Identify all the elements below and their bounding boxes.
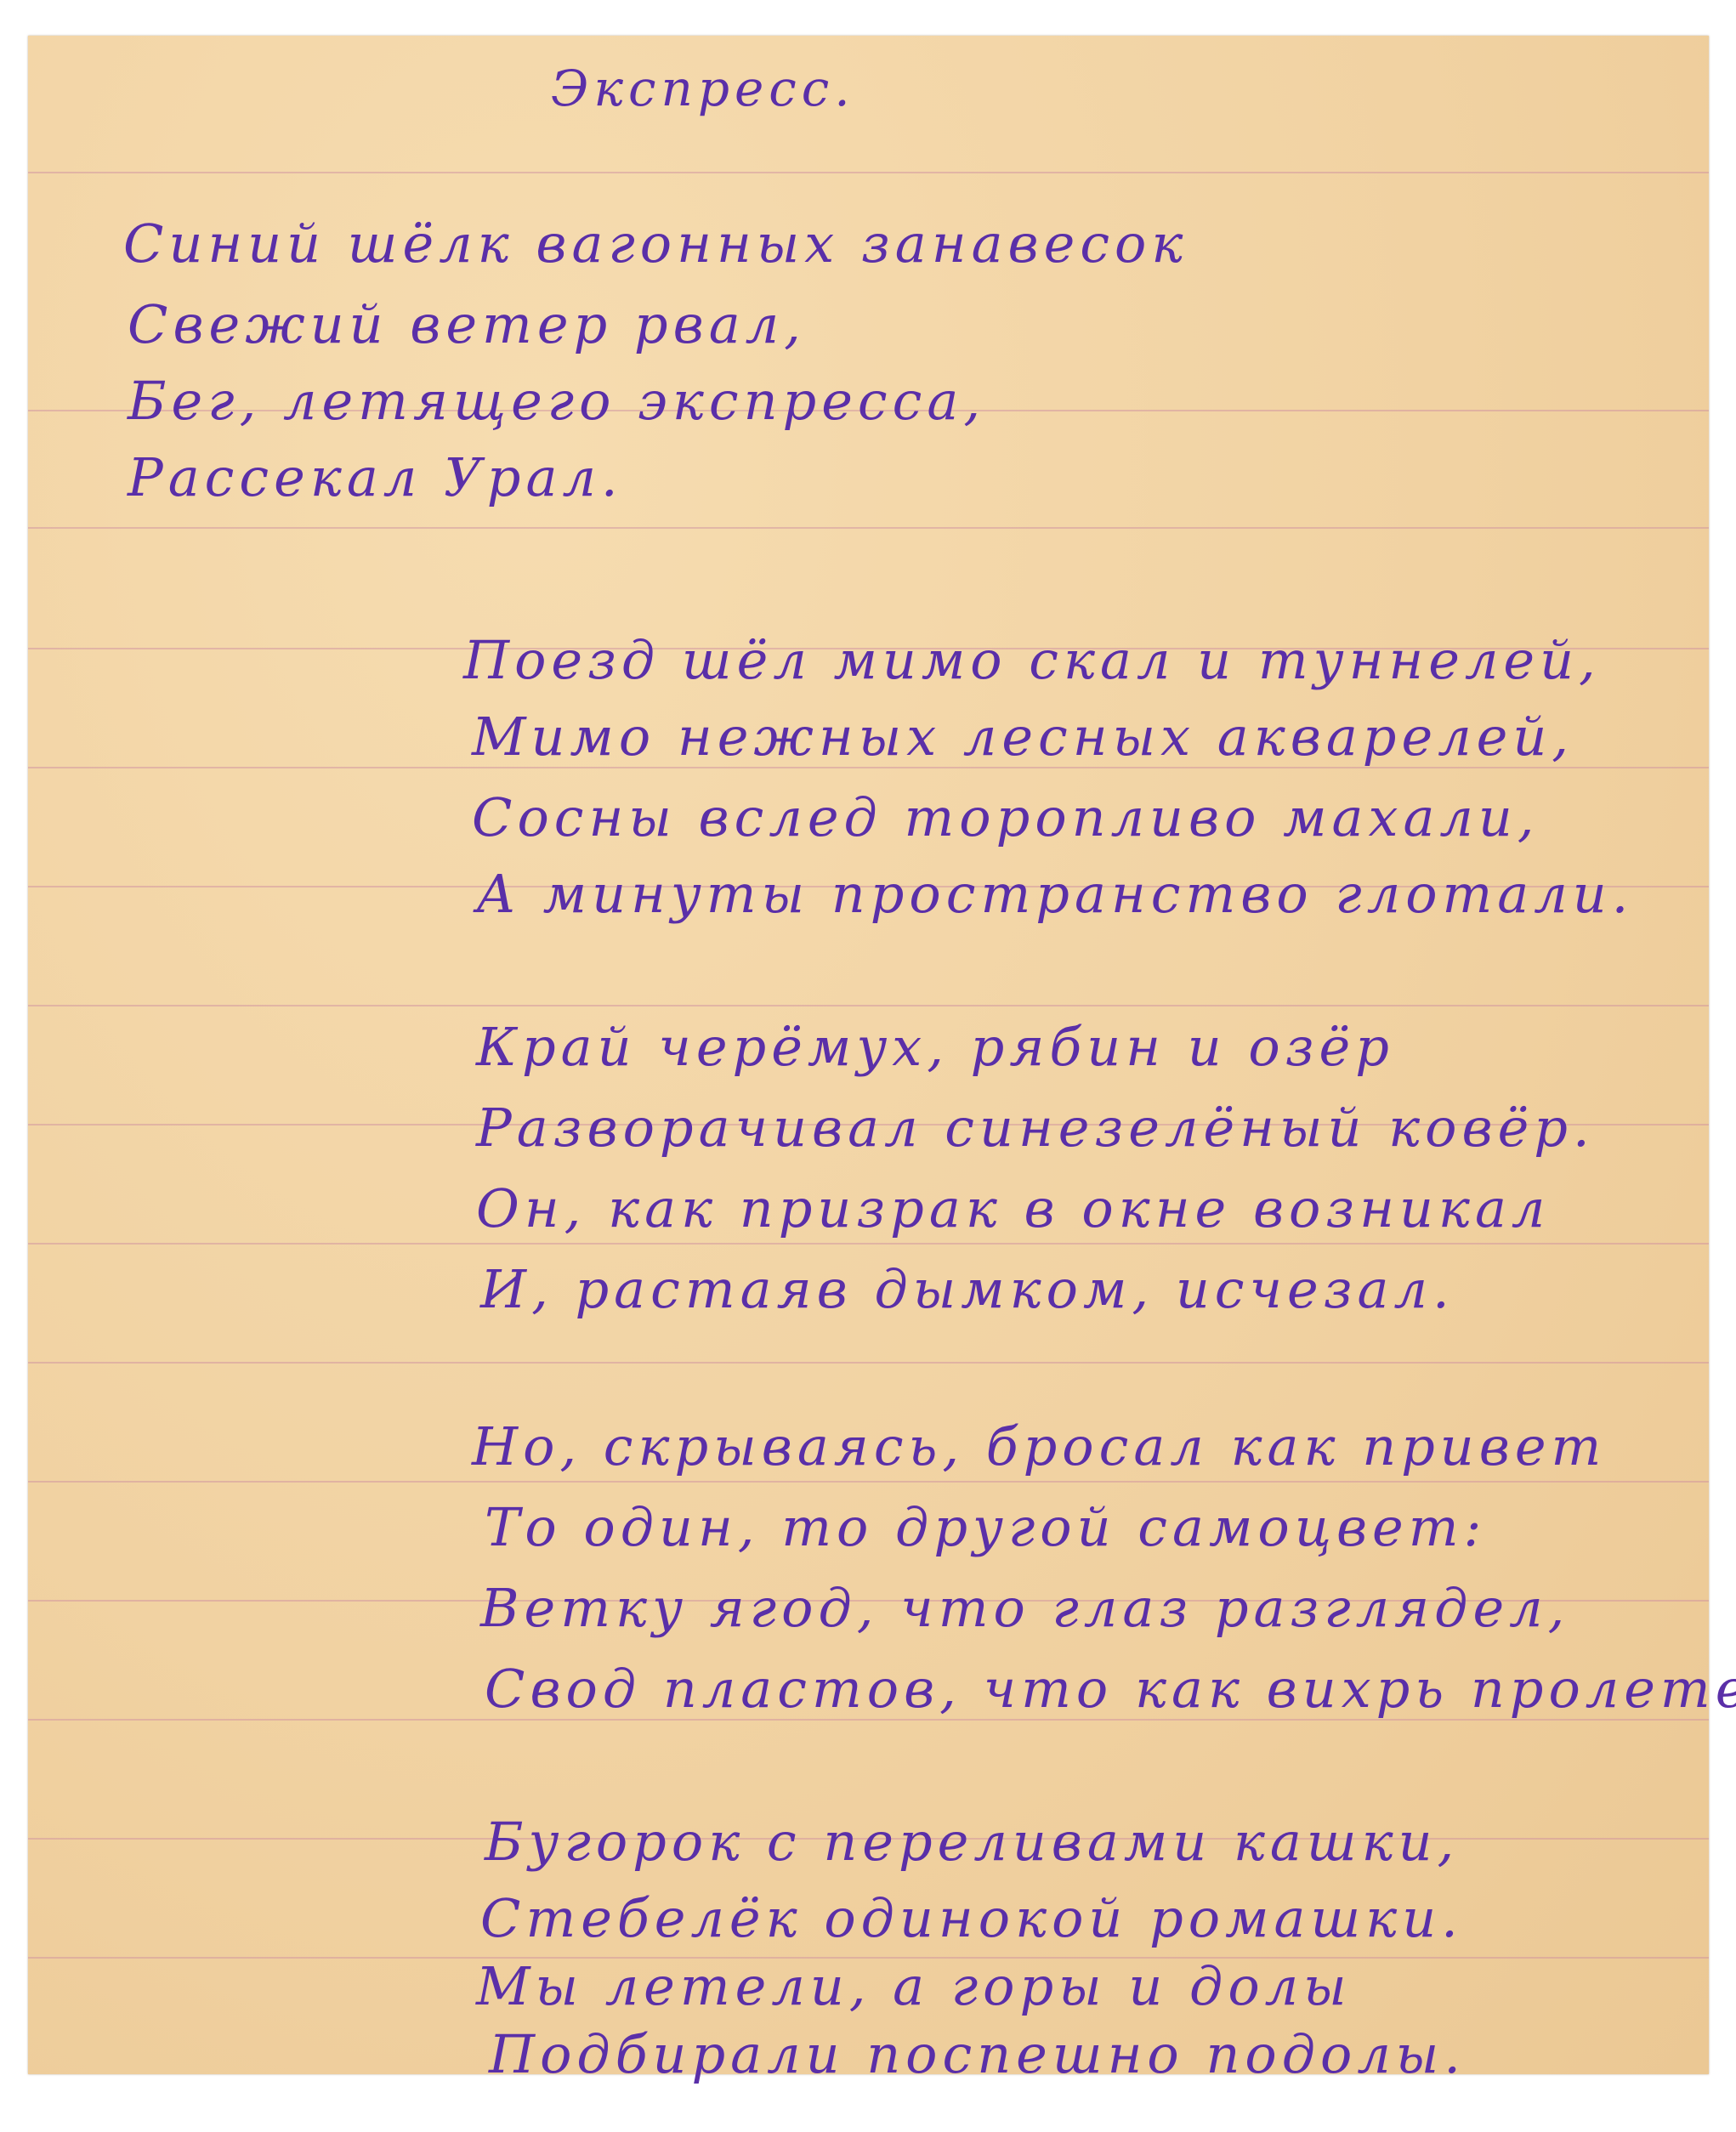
poem-line: А минуты пространство глотали. [476, 863, 1633, 925]
ruled-line [28, 1481, 1709, 1483]
poem-line: Ветку ягод, что глаз разглядел, [480, 1577, 1569, 1639]
poem-title: Экспресс. [551, 60, 855, 117]
ruled-line [28, 172, 1709, 173]
poem-line: Поезд шёл мимо скал и туннелей, [463, 629, 1601, 691]
ruled-line [28, 1243, 1709, 1245]
poem-line: Бег, летящего экспресса, [128, 370, 985, 432]
poem-line: Край черёмух, рябин и озёр [476, 1016, 1394, 1078]
poem-line: Но, скрываясь, бросал как привет [472, 1415, 1606, 1477]
poem-line: Мы летели, а горы и долы [476, 1955, 1352, 2017]
poem-line: Он, как призрак в окне возникал [476, 1177, 1550, 1239]
poem-line: Стебелёк одинокой ромашки. [480, 1887, 1463, 1949]
ruled-line [28, 1362, 1709, 1364]
poem-line: Бугорок с переливами кашки, [485, 1811, 1459, 1873]
poem-line: Мимо нежных лесных акварелей, [472, 706, 1574, 768]
poem-line: Подбирали поспешно подолы. [489, 2023, 1466, 2085]
poem-line: Свод пластов, что как вихрь пролетел, [485, 1658, 1736, 1720]
poem-line: Свежий ветер рвал, [128, 293, 806, 355]
poem-line: Сосны вслед торопливо махали, [472, 786, 1540, 848]
ruled-line [28, 1005, 1709, 1006]
poem-line: Синий шёлк вагонных занавесок [123, 213, 1188, 275]
poem-line: Разворачивал синезелёный ковёр. [476, 1097, 1595, 1159]
ruled-line [28, 527, 1709, 529]
poem-line: И, растаяв дымком, исчезал. [480, 1258, 1455, 1320]
poem-line: То один, то другой самоцвет: [485, 1496, 1486, 1558]
poem-line: Рассекал Урал. [128, 446, 623, 508]
